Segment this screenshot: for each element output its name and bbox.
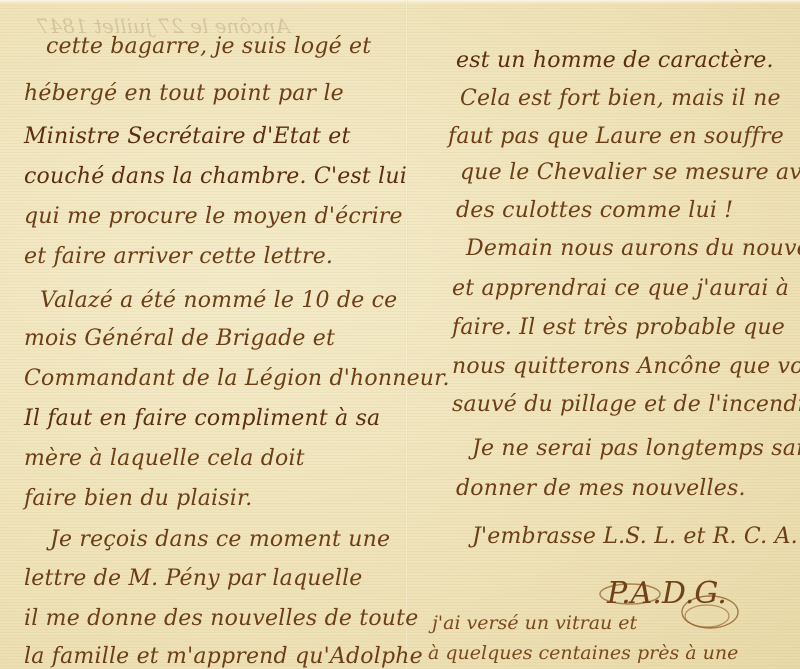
handwritten-line: que le Chevalier se mesure avec [460,160,800,185]
handwritten-line: faire bien du plaisir. [24,486,252,511]
handwritten-line: Demain nous aurons du nouveau [466,236,800,261]
handwritten-line: il me donne des nouvelles de toute [24,606,418,631]
handwritten-line: Je reçois dans ce moment une [50,527,390,552]
handwritten-line: la famille et m'apprend qu'Adolphe [24,644,423,669]
handwritten-line: faut pas que Laure en souffre [448,124,784,149]
postscript-line: à quelques centaines près à une [428,642,738,664]
handwritten-line: nous quitterons Ancône que voilà [452,354,800,379]
handwritten-line: et apprendrai ce que j'aurai à [452,276,789,301]
handwritten-line: cette bagarre, je suis logé et [46,34,371,59]
handwritten-line: des culottes comme lui ! [456,198,733,223]
handwritten-line: Je ne serai pas longtemps sans [472,436,800,461]
handwritten-line: sauvé du pillage et de l'incendie. [452,392,800,417]
handwritten-line: hébergé en tout point par le [24,81,344,106]
handwritten-line: et faire arriver cette lettre. [24,244,333,269]
handwritten-line: Cela est fort bien, mais il ne [460,86,781,111]
handwritten-line: mère à laquelle cela doit [24,446,305,471]
letter-sheet: Ancône le 27 juillet 1847 cette bagarre,… [0,0,800,669]
handwritten-line: J'embrasse L.S. L. et R. C. A. [472,524,798,549]
handwritten-line: Il faut en faire compliment à sa [24,406,380,431]
handwritten-line: est un homme de caractère. [456,48,774,73]
postscript-line: j'ai versé un vitrau et [432,612,637,634]
signature-initials: P.A.D.G. [607,576,727,611]
handwritten-line: qui me procure le moyen d'écrire [24,204,403,229]
left-page: cette bagarre, je suis logé et hébergé e… [0,0,405,669]
handwritten-line: Ministre Secrétaire d'Etat et [24,124,351,149]
handwritten-line: lettre de M. Pény par laquelle [24,566,363,591]
handwritten-line: mois Général de Brigade et [24,326,335,351]
handwritten-line: donner de mes nouvelles. [456,476,746,501]
handwritten-line: couché dans la chambre. C'est lui [24,164,407,189]
handwritten-line: faire. Il est très probable que [452,315,785,340]
handwritten-line: Valazé a été nommé le 10 de ce [40,288,397,313]
handwritten-line: Commandant de la Légion d'honneur. [24,366,450,391]
